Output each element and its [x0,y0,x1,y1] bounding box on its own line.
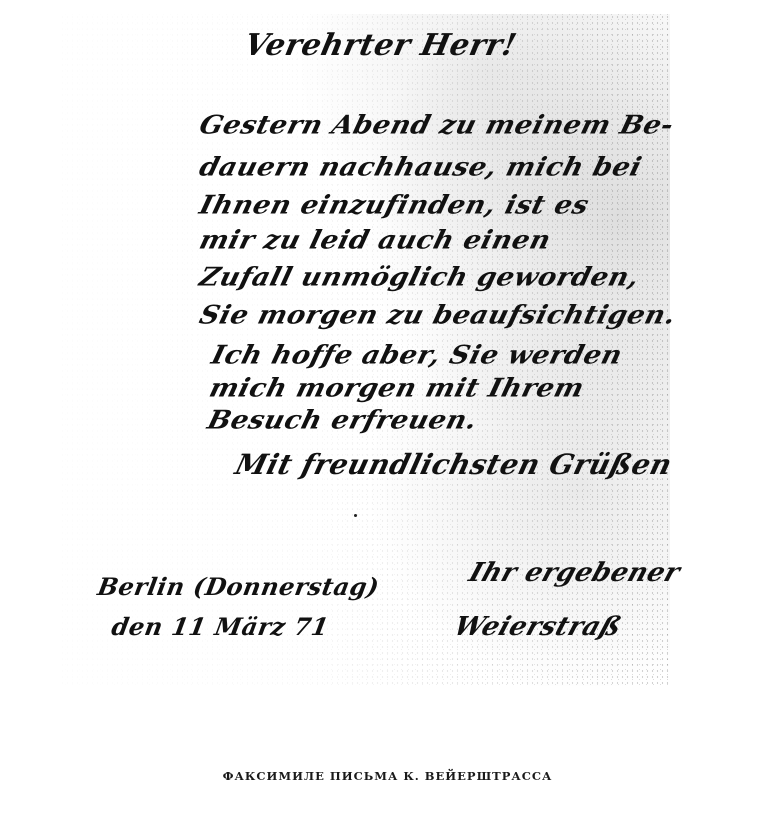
letter-body-line: Ihnen einzufinden, ist es [196,191,592,220]
signature-valediction: Ihr ergebener [465,558,684,588]
letter-body-line: mir zu leid auch einen [196,226,554,255]
signature-name: Weierstraß [450,612,625,642]
letter-body-line: Gestern Abend zu meinem Be- [196,111,676,140]
letter-body-line: mich morgen mit Ihrem [206,374,587,403]
letter-body-line: Sie morgen zu beaufsichtigen. [196,301,679,330]
figure-caption: ФАКСИМИЛЕ ПИСЬМА К. ВЕЙЕРШТРАССА [0,769,775,783]
letter-closing: Mit freundlichsten Grüßen [232,448,676,481]
letter-body-line: Ich hoffe aber, Sie werden [208,341,625,370]
letter-dateline-place: Berlin (Donnerstag) [95,572,381,601]
letter-body-line: Zufall unmöglich geworden, [196,263,642,292]
letter-body-line: Besuch erfreuen. [204,406,480,435]
ink-dot [354,514,357,517]
letter-salutation: Verehrter Herr! [241,28,519,63]
letter-body-line: dauern nachhause, mich bei [196,153,645,182]
letter-dateline-date: den 11 März 71 [109,612,331,641]
